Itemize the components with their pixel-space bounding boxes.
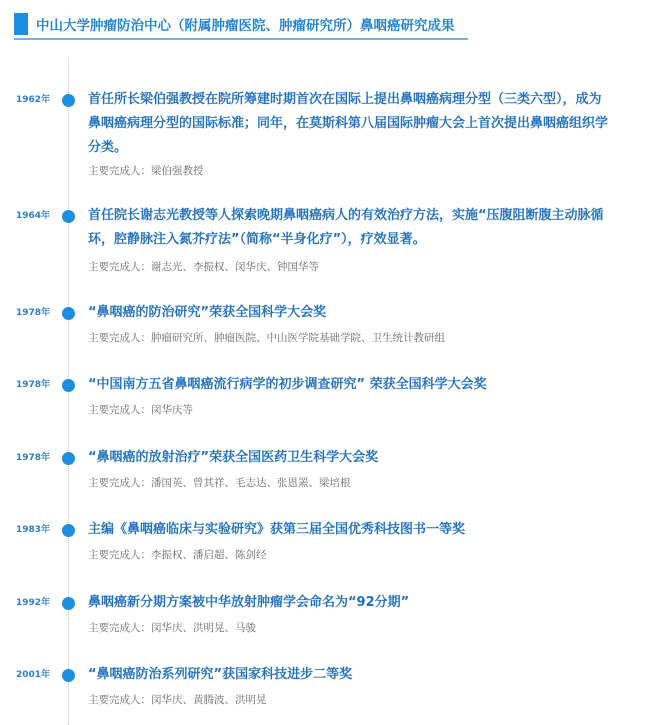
page-header: 中山大学肿瘤防治中心（附属肿瘤医院、肿瘤研究所）鼻咽癌研究成果 bbox=[14, 12, 468, 40]
timeline-dot-icon bbox=[62, 379, 75, 392]
timeline-authors: 主要完成人：潘国英、曾其祥、毛志达、张恩罴、梁培根 bbox=[88, 476, 351, 490]
timeline-year: 1992年 bbox=[16, 596, 56, 610]
timeline-authors: 主要完成人：闵华庆、黄腾波、洪明晃 bbox=[88, 693, 267, 707]
timeline-year: 1978年 bbox=[16, 306, 56, 320]
timeline-authors: 主要完成人：谢志光、李振权、闵华庆、钟国华等 bbox=[88, 260, 319, 274]
timeline-authors: 主要完成人：李振权、潘启超、陈剑经 bbox=[88, 548, 267, 562]
timeline-title: 首任所长梁伯强教授在院所筹建时期首次在国际上提出鼻咽癌病理分型（三类六型），成为… bbox=[88, 88, 608, 160]
timeline-title: 主编《鼻咽癌临床与实验研究》获第三届全国优秀科技图书一等奖 bbox=[88, 518, 608, 542]
timeline-year: 1983年 bbox=[16, 523, 56, 537]
timeline-dot-icon bbox=[62, 669, 75, 682]
timeline-dot-icon bbox=[62, 307, 75, 320]
timeline-dot-icon bbox=[62, 452, 75, 465]
timeline-dot-icon bbox=[62, 597, 75, 610]
timeline-title: 首任院长谢志光教授等人探索晚期鼻咽癌病人的有效治疗方法，实施“压腹阻断腹主动脉循… bbox=[88, 204, 608, 252]
timeline-year: 1978年 bbox=[16, 451, 56, 465]
timeline-authors: 主要完成人：肿瘤研究所、肿瘤医院、中山医学院基础学院、卫生统计教研组 bbox=[88, 331, 445, 345]
timeline-authors: 主要完成人：闵华庆、洪明晃、马骏 bbox=[88, 621, 256, 635]
timeline-title: “鼻咽癌防治系列研究”获国家科技进步二等奖 bbox=[88, 663, 608, 687]
timeline-dot-icon bbox=[62, 524, 75, 537]
timeline-title: “中国南方五省鼻咽癌流行病学的初步调查研究” 荣获全国科学大会奖 bbox=[88, 373, 608, 397]
timeline-year: 2001年 bbox=[16, 668, 56, 682]
timeline-dot-icon bbox=[62, 210, 75, 223]
timeline-year: 1978年 bbox=[16, 378, 56, 392]
timeline-year: 1964年 bbox=[16, 209, 56, 223]
timeline-title: “鼻咽癌的防治研究”荣获全国科学大会奖 bbox=[88, 301, 608, 325]
timeline-authors: 主要完成人：闵华庆等 bbox=[88, 403, 193, 417]
timeline-dot-icon bbox=[62, 94, 75, 107]
timeline-authors: 主要完成人：梁伯强教授 bbox=[88, 164, 204, 178]
timeline-year: 1962年 bbox=[16, 93, 56, 107]
timeline-title: 鼻咽癌新分期方案被中华放射肿瘤学会命名为“92分期” bbox=[88, 591, 608, 615]
page-title: 中山大学肿瘤防治中心（附属肿瘤医院、肿瘤研究所）鼻咽癌研究成果 bbox=[36, 14, 455, 34]
timeline-title: “鼻咽癌的放射治疗”荣获全国医药卫生科学大会奖 bbox=[88, 446, 608, 470]
header-accent-bar bbox=[14, 13, 28, 35]
